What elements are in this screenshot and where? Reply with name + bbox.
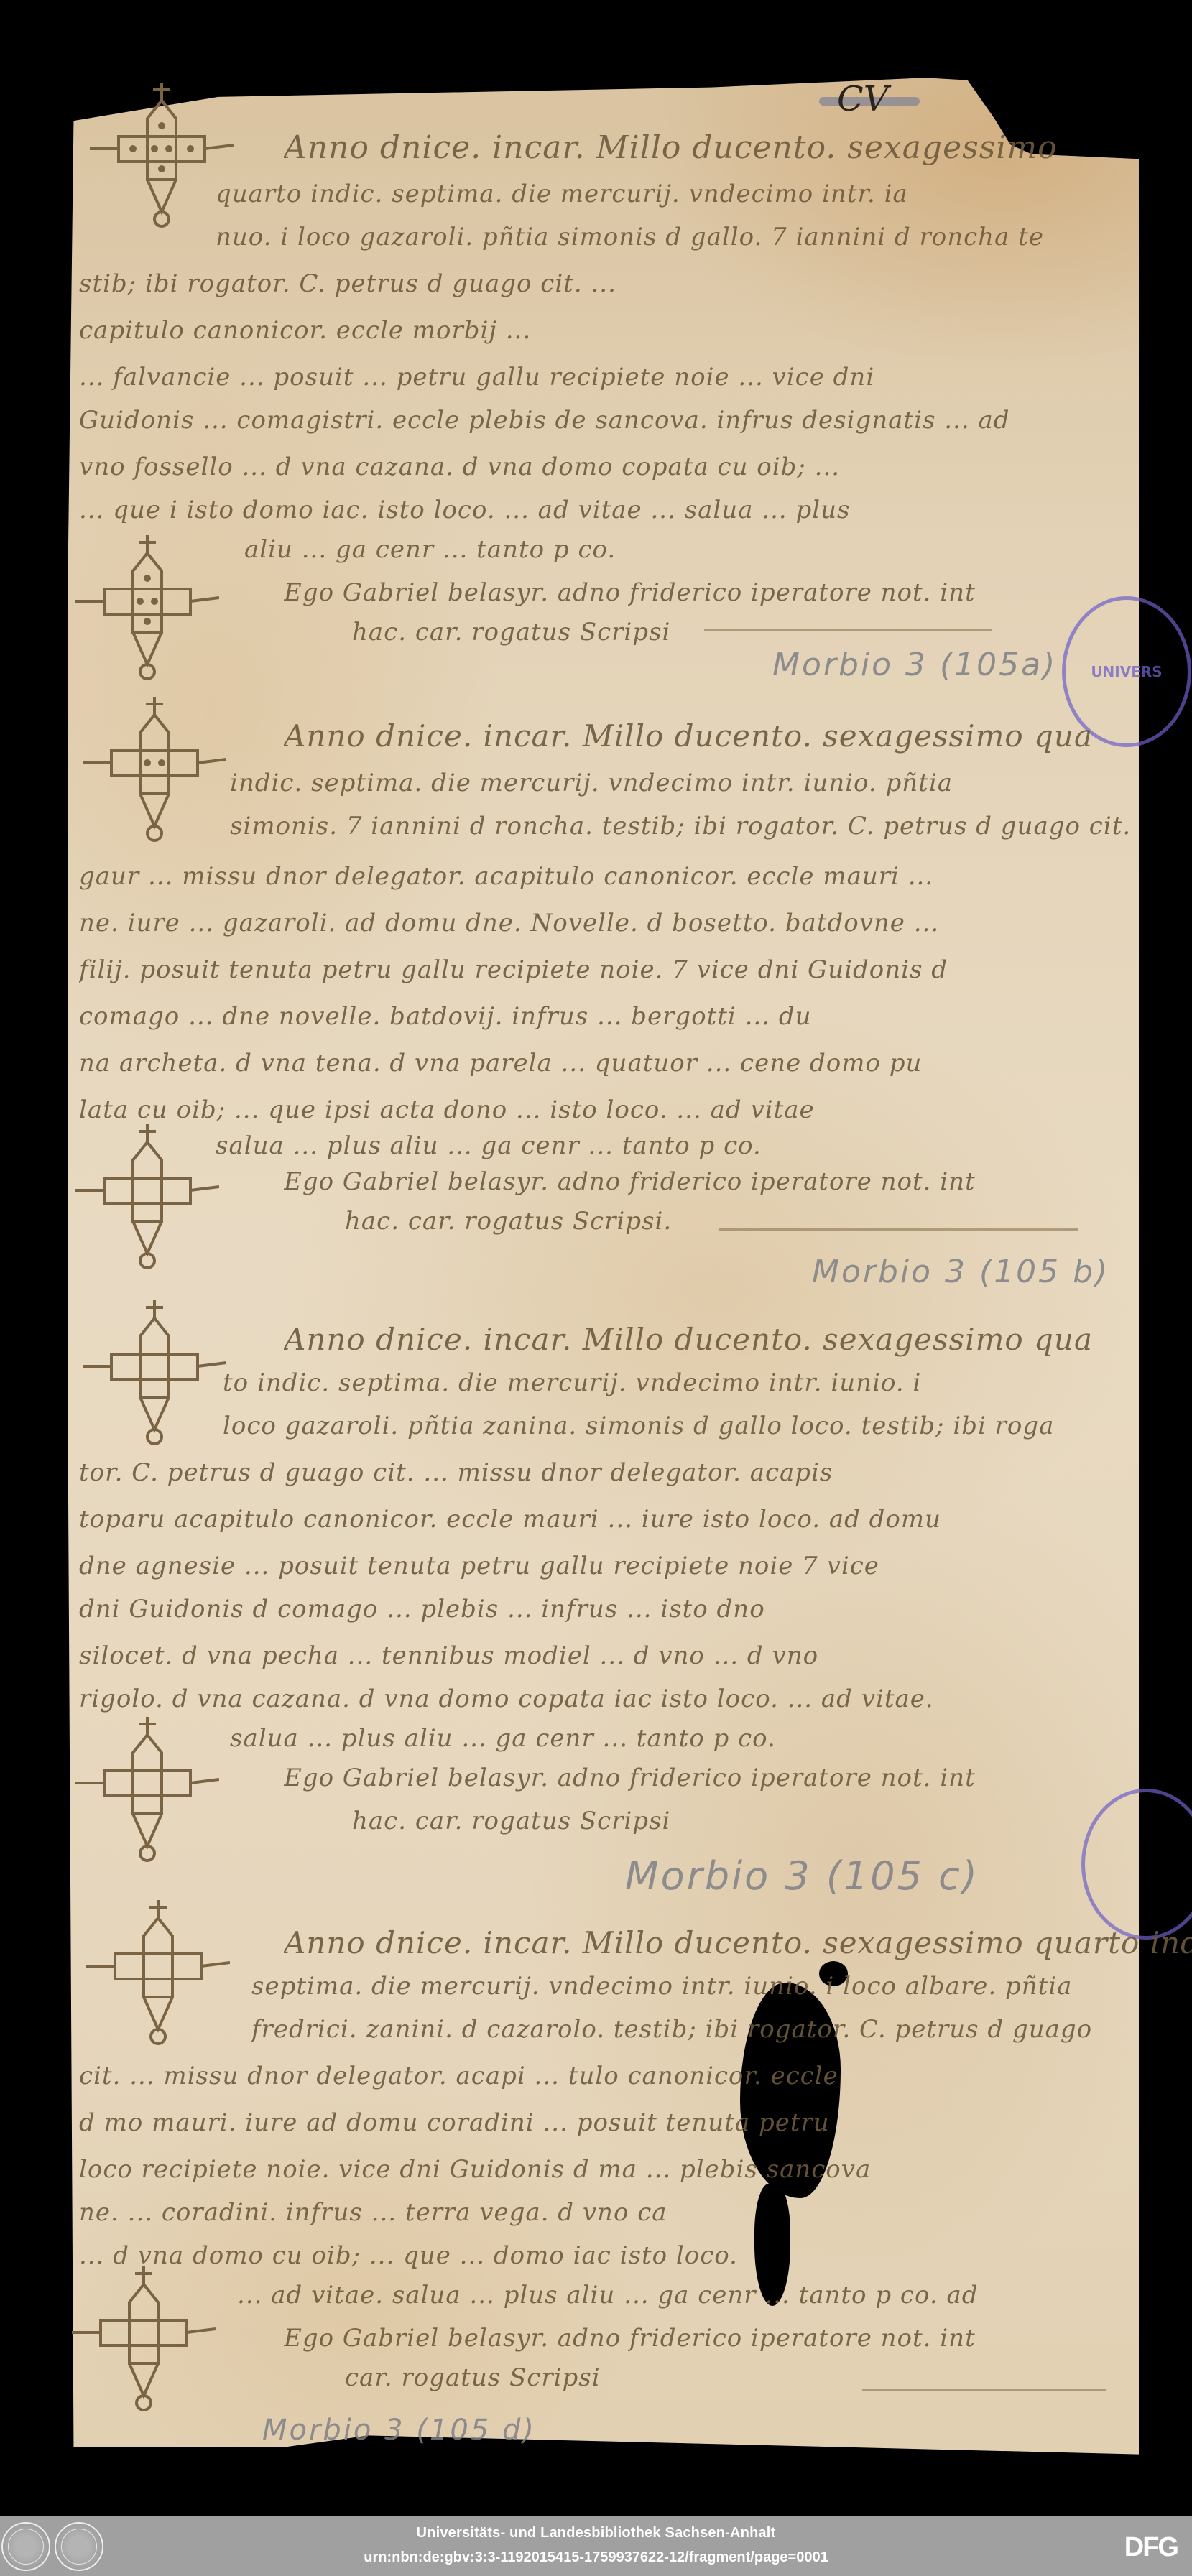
charter-line: rigolo. d vna cazana. d vna domo copata … bbox=[79, 1685, 934, 1713]
charter-line: Anno dnice. incar. Millo ducento. sexage… bbox=[284, 1322, 1093, 1357]
charter-line: salua ... plus aliu ... ga cenr ... tant… bbox=[230, 1724, 776, 1753]
charter-line: aliu ... ga cenr ... tanto p co. bbox=[244, 535, 616, 564]
charter-line: dne agnesie ... posuit tenuta petru gall… bbox=[79, 1552, 879, 1580]
notary-subscription: Ego Gabriel belasyr. adno friderico iper… bbox=[284, 578, 976, 607]
charter-line: d mo mauri. iure ad domu coradini ... po… bbox=[79, 2108, 830, 2137]
charter-line: loco gazaroli. pñtia zanina. simonis d g… bbox=[223, 1412, 1054, 1440]
archive-shelfmark: Morbio 3 (105a) bbox=[772, 647, 1057, 683]
charter-line: filij. posuit tenuta petru gallu recipie… bbox=[79, 955, 948, 984]
charter-line: Guidonis ... comagistri. eccle plebis de… bbox=[79, 406, 1009, 435]
charter-line: tor. C. petrus d guago cit. ... missu dn… bbox=[79, 1458, 833, 1487]
notary-subscription: Ego Gabriel belasyr. adno friderico iper… bbox=[284, 2324, 976, 2353]
charter-line: ... que i isto domo iac. isto loco. ... … bbox=[79, 496, 851, 524]
charter-line: Anno dnice. incar. Millo ducento. sexage… bbox=[284, 1925, 1192, 1960]
archive-shelfmark: Morbio 3 (105 b) bbox=[812, 1254, 1109, 1290]
notary-subscription: hac. car. rogatus Scripsi. bbox=[345, 1207, 672, 1236]
urn-identifier: urn:nbn:de:gbv:3:3-1192015415-1759937622… bbox=[0, 2549, 1192, 2566]
charter-line: fredrici. zanini. d cazarolo. testib; ib… bbox=[251, 2015, 1092, 2044]
notary-subscription: hac. car. rogatus Scripsi bbox=[352, 1807, 670, 1835]
notary-flourish bbox=[704, 629, 992, 631]
charter-line: to indic. septima. die mercurij. vndecim… bbox=[223, 1368, 921, 1397]
notary-sign-icon bbox=[72, 2263, 216, 2435]
footer-bar: Universitäts- und Landesbibliothek Sachs… bbox=[0, 2516, 1192, 2576]
notary-sign-icon bbox=[75, 532, 219, 704]
notary-flourish bbox=[719, 1228, 1078, 1231]
charter-line: ... falvancie ... posuit ... petru gallu… bbox=[79, 363, 874, 392]
notary-sign-icon bbox=[75, 1713, 219, 1886]
charter-line: toparu acapitulo canonicor. eccle mauri … bbox=[79, 1505, 941, 1534]
dfg-logo-icon: DFG bbox=[1124, 2532, 1178, 2563]
notary-subscription: Ego Gabriel belasyr. adno friderico iper… bbox=[284, 1167, 976, 1196]
folio-mark: CV bbox=[837, 79, 888, 119]
charter-line: Anno dnice. incar. Millo ducento. sexage… bbox=[284, 718, 1093, 754]
charter-line: quarto indic. septima. die mercurij. vnd… bbox=[216, 180, 908, 208]
charter-line: na archeta. d vna tena. d vna parela ...… bbox=[79, 1049, 922, 1078]
charter-line: ne. ... coradini. infrus ... terra vega.… bbox=[79, 2198, 667, 2227]
charter-line: vno fossello ... d vna cazana. d vna dom… bbox=[79, 453, 840, 481]
charter-line: loco recipiete noie. vice dni Guidonis d… bbox=[79, 2155, 871, 2184]
charter-line: silocet. d vna pecha ... tennibus modiel… bbox=[79, 1641, 818, 1670]
charter-line: lata cu oib; ... que ipsi acta dono ... … bbox=[79, 1095, 815, 1124]
notary-subscription: hac. car. rogatus Scripsi bbox=[352, 618, 670, 647]
archive-shelfmark: Morbio 3 (105 d) bbox=[262, 2414, 536, 2447]
charter-line: ne. iure ... gazaroli. ad domu dne. Nove… bbox=[79, 909, 939, 937]
charter-line: gaur ... missu dnor delegator. acapitulo… bbox=[79, 862, 933, 891]
notary-sign-icon bbox=[83, 1297, 226, 1469]
notary-sign-icon bbox=[86, 1896, 230, 2069]
charter-line: salua ... plus aliu ... ga cenr ... tant… bbox=[216, 1131, 762, 1160]
notary-sign-icon bbox=[75, 1121, 219, 1293]
notary-subscription: Ego Gabriel belasyr. adno friderico iper… bbox=[284, 1764, 976, 1792]
charter-line: simonis. 7 iannini d roncha. testib; ibi… bbox=[230, 812, 1131, 840]
charter-line: capitulo canonicor. eccle morbij ... bbox=[79, 316, 531, 345]
charter-line: Anno dnice. incar. Millo ducento. sexage… bbox=[284, 129, 1058, 166]
notary-sign-icon bbox=[83, 693, 226, 866]
notary-sign-icon bbox=[90, 79, 234, 251]
document-viewer: CV Anno dnice. incar. Millo ducento. sex… bbox=[0, 0, 1192, 2516]
charter-line: nuo. i loco gazaroli. pñtia simonis d ga… bbox=[216, 223, 1044, 251]
notary-flourish bbox=[862, 2389, 1106, 2391]
institution-name: Universitäts- und Landesbibliothek Sachs… bbox=[0, 2525, 1192, 2542]
charter-line: stib; ibi rogator. C. petrus d guago cit… bbox=[79, 269, 616, 298]
notary-subscription: car. rogatus Scripsi bbox=[345, 2363, 601, 2392]
charter-line: comago ... dne novelle. batdovij. infrus… bbox=[79, 1002, 812, 1031]
archive-shelfmark: Morbio 3 (105 c) bbox=[625, 1853, 979, 1899]
charter-line: cit. ... missu dnor delegator. acapi ...… bbox=[79, 2062, 838, 2090]
charter-line: indic. septima. die mercurij. vndecimo i… bbox=[230, 769, 953, 797]
charter-line: septima. die mercurij. vndecimo intr. iu… bbox=[251, 1972, 1072, 2001]
charter-line: ... ad vitae. salua ... plus aliu ... ga… bbox=[237, 2281, 978, 2309]
charter-line: dni Guidonis d comago ... plebis ... inf… bbox=[79, 1595, 765, 1623]
